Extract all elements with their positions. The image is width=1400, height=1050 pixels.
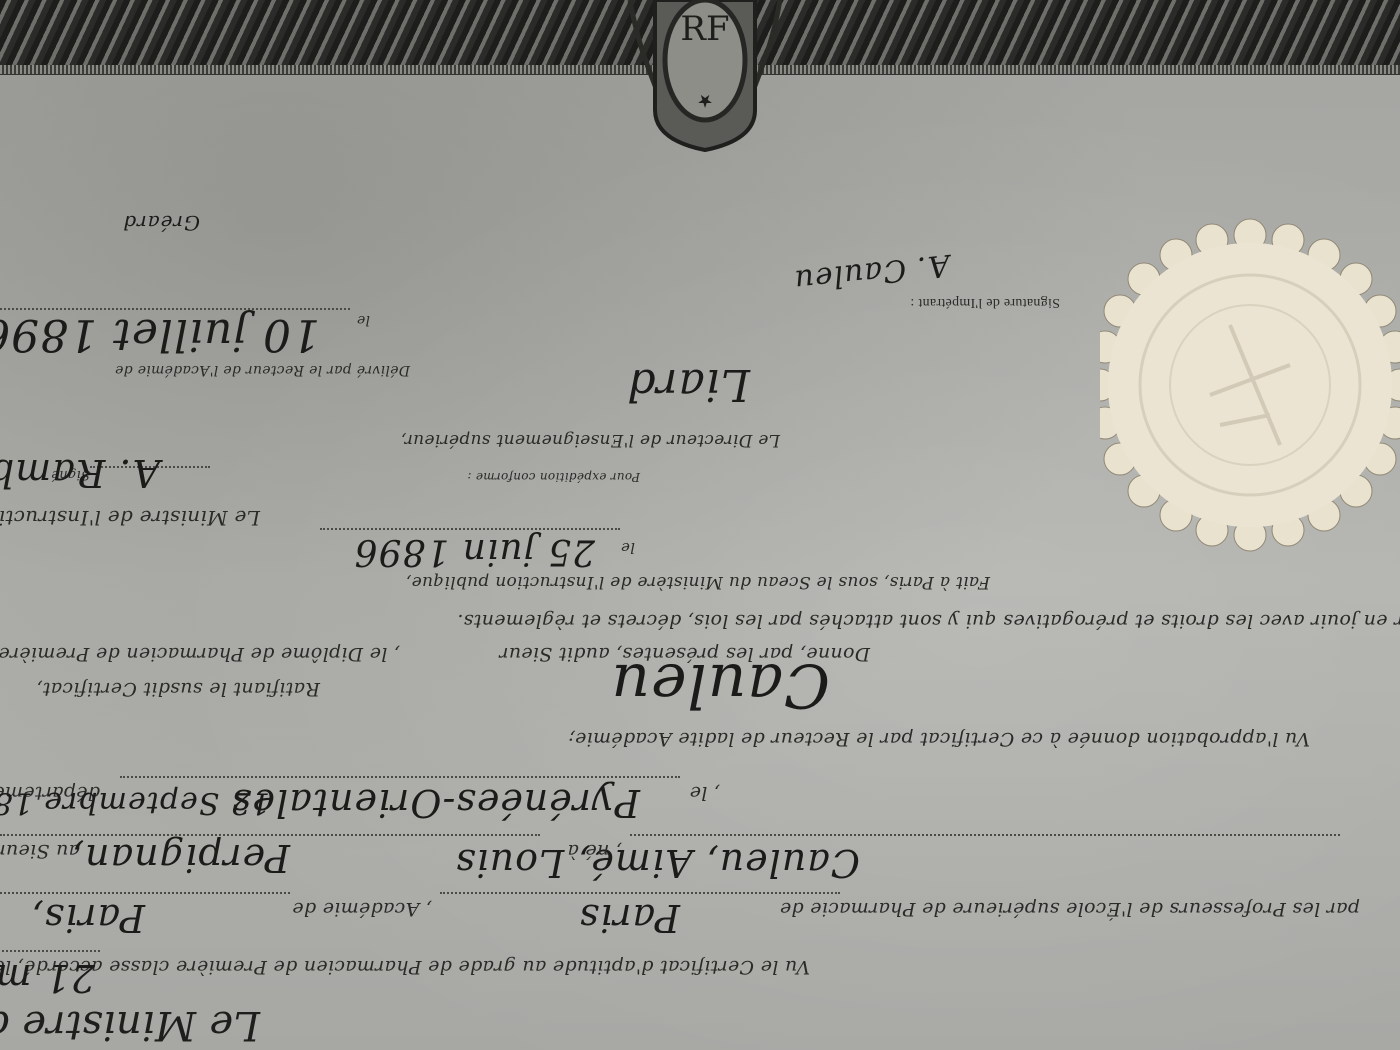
- delivered-label: Délivré par le Recteur de l'Académie de: [115, 362, 410, 378]
- republic-crest: RF ★: [610, 0, 800, 170]
- document-title: Le Ministre de l'Instruction publique,: [0, 1002, 260, 1048]
- birthplace: Perpignan,: [71, 836, 290, 880]
- birthdate-label: , le: [689, 782, 720, 804]
- academy-city: Paris,: [31, 896, 145, 940]
- diploma-sheet: Le Ministre de l'Instruction publique, V…: [0, 0, 1400, 1050]
- fill-line: [320, 528, 620, 530]
- minister-label: Le Ministre de l'Instruction publique: [0, 506, 260, 530]
- school-line: par les Professeurs de l'École supérieur…: [780, 898, 1360, 920]
- approval-line: Vu l'approbation donnée à ce Certificat …: [568, 728, 1310, 750]
- diploma-label: , le Diplôme de Pharmacien de Première c…: [0, 643, 400, 665]
- department: Pyrénées-Orientales: [231, 781, 640, 825]
- holder-name: Cauleu, Aimé, Louis: [455, 841, 860, 885]
- svg-text:★: ★: [697, 90, 713, 111]
- certificate-line: Vu le Certificat d'aptitude au grade de …: [0, 956, 810, 978]
- impetrant-label: Signature de l'Impétrant :: [910, 294, 1060, 310]
- school-city: Paris: [579, 896, 680, 940]
- crest-letters: RF: [680, 9, 729, 49]
- rector-signature: Gréard: [122, 211, 200, 235]
- rights-line: pour en jouir avec les droits et préroga…: [457, 610, 1400, 632]
- minister-signature: A. Rambaud: [0, 451, 160, 495]
- born-label: , né à: [567, 840, 622, 862]
- fill-line: [120, 776, 680, 778]
- fill-line: [440, 892, 840, 894]
- director-label: Le Directeur de l'Enseignement supérieur…: [401, 430, 780, 450]
- conformity-label: Pour expédition conforme :: [467, 470, 640, 484]
- delivered-date-label: le: [357, 312, 370, 328]
- academy-label: , Académie de: [292, 898, 432, 920]
- place-line: Fait à Paris, sous le Sceau du Ministère…: [406, 572, 990, 592]
- date-label: le: [621, 539, 635, 557]
- certificate-date: 21 mai 1896: [0, 956, 95, 1000]
- embossed-seal: [1100, 205, 1400, 565]
- fill-line: [0, 892, 290, 894]
- fill-line: [630, 834, 1340, 836]
- birthdate: 12 Septembre 1866: [0, 785, 270, 820]
- fill-line: [0, 950, 100, 952]
- delivered-date: 10 juillet 1896: [0, 309, 320, 360]
- director-signature: Liard: [626, 359, 750, 410]
- impetrant-signature: A. Cauleu: [792, 247, 951, 298]
- holder-surname: Cauleu: [610, 650, 830, 720]
- sieur-label: au Sieur: [0, 840, 80, 862]
- issue-date: 25 juin 1896: [354, 531, 595, 572]
- ratify-line: Ratifiant le susdit Certificat,: [36, 678, 320, 700]
